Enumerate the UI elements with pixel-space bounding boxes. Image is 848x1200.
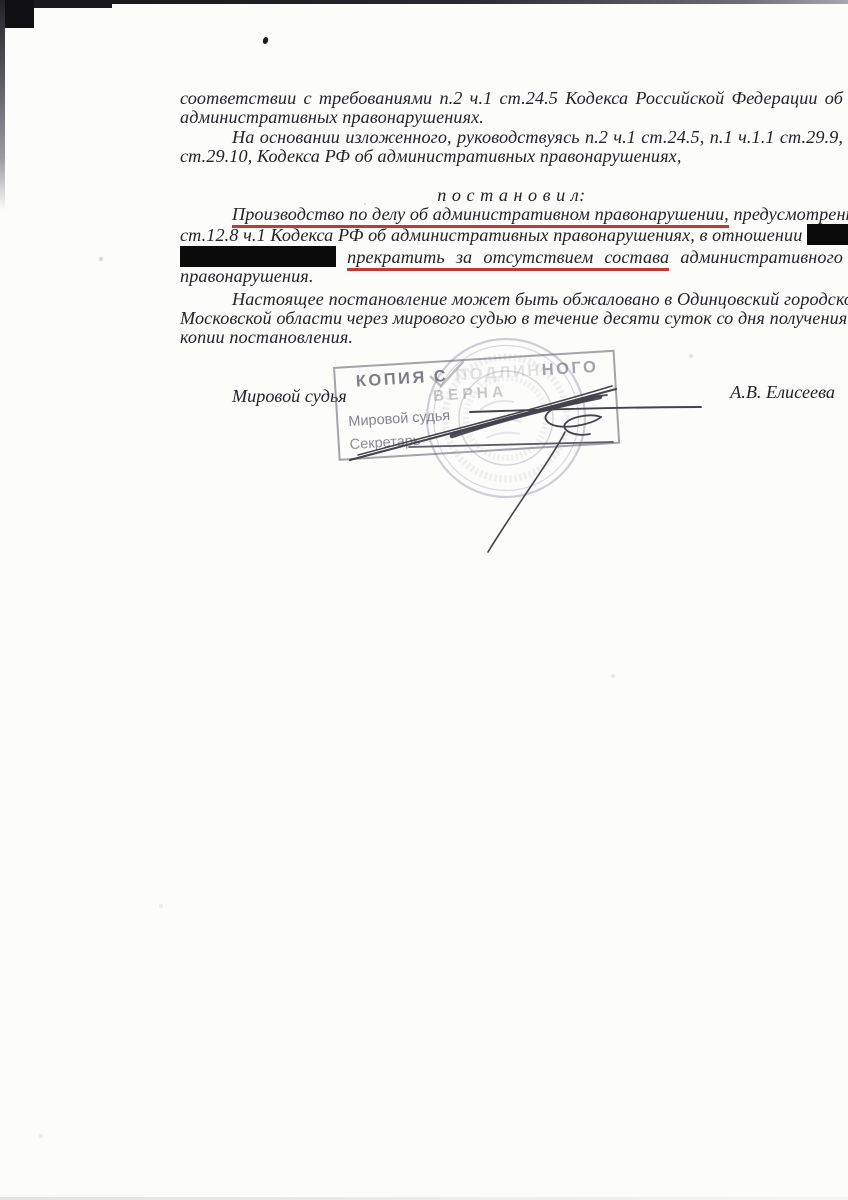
stamp-line-verna: ВЕРНА [432,383,507,406]
text-line: ст.12.8 ч.1 Кодекса РФ об административн… [180,224,843,245]
scan-artifact-left-edge [0,0,5,210]
text-line: Московской области через мирового судью … [180,309,843,328]
stamp-text: НОГО [541,358,599,379]
stamp-line-secretary: Секретарь [349,433,421,453]
judge-name: А.В. Елисеева [730,382,835,403]
scanned-document-page: соответствии с требованиями п.2 ч.1 ст.2… [0,0,848,1200]
text-line: прекратить за отсутствием состава админи… [180,246,843,267]
stamp-text-faded: ПОДЛИН [455,361,543,384]
text-line: административных правонарушениях. [180,108,843,127]
redaction-box [180,246,336,267]
scan-artifact-corner-block [0,0,34,28]
postanovil-heading: п о с т а н о в и л: [180,186,843,205]
judge-title-label: Мировой судья [232,386,347,407]
text-line: копии постановления. [180,328,843,347]
text-line: Производство по делу об административном… [180,205,843,224]
redaction-box [807,224,848,245]
scan-artifact-top-edge [0,0,848,4]
text-line: Настоящее постановление может быть обжал… [180,290,843,309]
copy-certification-stamp: КОПИЯ С ПОДЛИННОГО ВЕРНА Мировой судья С… [333,350,620,461]
text-line: соответствии с требованиями п.2 ч.1 ст.2… [180,89,843,108]
text-span: ст.12.8 ч.1 Кодекса РФ об административн… [180,225,802,245]
scan-noise-specks [0,0,2,2]
stamp-line-judge: Мировой судья [348,408,451,430]
text-span: предусмотренном [733,204,848,224]
scan-speck [262,36,269,44]
text-span: административного [680,247,843,267]
text-line: На основании изложенного, руководствуясь… [180,128,843,147]
red-underlined-text: прекратить за отсутствием состава [347,247,669,271]
text-line: ст.29.10, Кодекса РФ об административных… [180,147,843,166]
document-text-block: соответствии с требованиями п.2 ч.1 ст.2… [180,89,843,348]
